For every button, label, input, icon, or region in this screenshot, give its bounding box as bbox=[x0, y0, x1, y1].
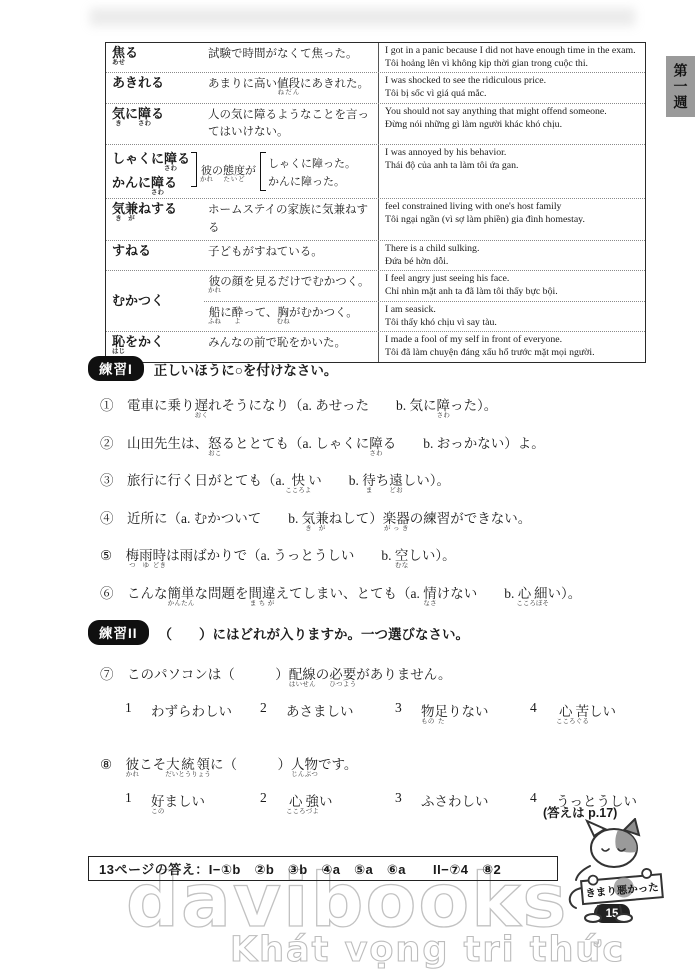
option-number: 1 bbox=[125, 700, 151, 724]
cat-arm-left bbox=[576, 866, 590, 880]
option-label: 心こころ強づよい bbox=[286, 790, 333, 814]
option: 3 物もの足たりない bbox=[395, 700, 530, 724]
option-number: 2 bbox=[260, 700, 286, 724]
option-number: 2 bbox=[260, 790, 286, 814]
option-number: 3 bbox=[395, 790, 421, 814]
vocab-word: 気きに障さわる bbox=[106, 104, 204, 145]
example-subject: 彼かれの態度たいどが bbox=[200, 162, 256, 182]
cat-foot-right bbox=[616, 914, 632, 922]
left-bracket-shape bbox=[260, 152, 266, 191]
table-row: 気き兼がねする ホームステイの家族に気兼ねする feel constrained… bbox=[106, 199, 645, 241]
exercise-item: ⑥ こんな簡単かんたんな問題を間違まちがえてしまい、とても（a. 情なさけない … bbox=[100, 586, 653, 606]
example-pair: しゃくに障った。 かんに障った。 bbox=[268, 155, 356, 189]
translation-en: I made a fool of my self in front of eve… bbox=[385, 334, 639, 347]
translation-en: feel constrained living with one's host … bbox=[385, 201, 639, 214]
option-label: 心こころ苦ぐるしい bbox=[556, 700, 616, 724]
watermark-slogan: Khát vọng tri thức bbox=[230, 930, 625, 970]
option: 2 あさましい bbox=[260, 700, 395, 724]
translation-vi: Tôi bị sốc vì giá quá mắc. bbox=[385, 88, 639, 101]
question-prompt: ⑦ このパソコンは（ ）配線はいせんの必要ひつようがありません。 bbox=[100, 663, 673, 687]
exercise-2-instruction: （ ）にはどれが入りますか。一つ選びなさい。 bbox=[159, 623, 470, 643]
translation-vi: Chỉ nhìn mặt anh ta đã làm tôi thấy bực … bbox=[385, 286, 639, 299]
exercise-item: ③ 旅行に行く日がとても（a. 快こころよい b. 待まち遠どおしい）。 bbox=[100, 473, 653, 493]
double-example-group: 彼かれの顔を見るだけでむかつく。 I feel angry just seein… bbox=[204, 271, 645, 331]
translation-en: I was shocked to see the ridiculous pric… bbox=[385, 75, 639, 88]
example-sentence: あまりに高い値段ねだんにあきれた。 bbox=[204, 73, 378, 102]
vocab-table: 焦あせる 試験で時間がなくて焦った。 I got in a panic beca… bbox=[105, 42, 646, 363]
translation-en: I got in a panic because I did not have … bbox=[385, 45, 639, 58]
option-label: 物もの足たりない bbox=[421, 700, 489, 724]
vocab-word: すねる bbox=[106, 241, 204, 270]
translation-cell: I was annoyed by his behavior. Thái độ c… bbox=[378, 145, 645, 198]
translation-cell: I am seasick. Tôi thấy khó chịu vì say t… bbox=[378, 302, 645, 331]
exercise-item: ⑤ 梅雨つゆ時どきは雨ばかりで（a. うっとうしい b. 空むなしい）。 bbox=[100, 548, 653, 568]
scan-artifact bbox=[90, 8, 635, 26]
textbook-page: 焦あせる 試験で時間がなくて焦った。 I got in a panic beca… bbox=[0, 0, 700, 979]
table-row: 気きに障さわる 人の気に障るようなことを言ってはいけない。 You should… bbox=[106, 104, 645, 146]
translation-vi: Tôi hoảng lên vì không kịp thời gian tro… bbox=[385, 58, 639, 71]
vocab-word: あきれる bbox=[106, 73, 204, 102]
cat-sign-group: きまり悪かった bbox=[581, 868, 663, 904]
translation-vi: Tôi ngại ngần (vì sợ làm phiền) gia đình… bbox=[385, 214, 639, 227]
cat-foot-left bbox=[585, 914, 601, 922]
vocab-word: 焦あせる bbox=[106, 43, 204, 72]
translation-vi: Thái độ của anh ta làm tôi ứa gan. bbox=[385, 160, 639, 173]
vocab-word: むかつく bbox=[106, 271, 204, 331]
exercise-2-badge: 練習II bbox=[88, 620, 149, 645]
example-sentence: 船ふねに酔よって、胸むねがむかつく。 bbox=[204, 302, 378, 331]
option-number: 4 bbox=[530, 700, 556, 724]
translation-cell: I feel angry just seeing his face. Chỉ n… bbox=[378, 271, 645, 300]
option-label: ふさわしい bbox=[421, 790, 489, 814]
exercise-1-instruction: 正しいほうに○を付けなさい。 bbox=[154, 359, 338, 379]
option-label: わずらわしい bbox=[151, 700, 232, 724]
table-row: あきれる あまりに高い値段ねだんにあきれた。 I was shocked to … bbox=[106, 73, 645, 103]
translation-vi: Đứa bé hờn dỗi. bbox=[385, 256, 639, 269]
translation-cell: You should not say anything that might o… bbox=[378, 104, 645, 145]
table-row-bracket: しゃくに障さわる かんに障さわる 彼かれの態度たいどが しゃくに障った。 かんに… bbox=[106, 145, 645, 199]
sub-row: 船ふねに酔よって、胸むねがむかつく。 I am seasick. Tôi thấ… bbox=[204, 301, 645, 331]
previous-answers-bar: 13ページの答え：I−①b ②b ③b ④a ⑤a ⑥a II−⑦4 ⑧2 bbox=[88, 856, 558, 881]
cat-paw-left bbox=[588, 875, 598, 885]
exercise-2-header: 練習II （ ）にはどれが入りますか。一つ選びなさい。 bbox=[88, 620, 673, 645]
table-row: 焦あせる 試験で時間がなくて焦った。 I got in a panic beca… bbox=[106, 43, 645, 73]
vocab-word: しゃくに障さわる bbox=[112, 148, 190, 171]
translation-en: I was annoyed by his behavior. bbox=[385, 147, 639, 160]
translation-cell: I got in a panic because I did not have … bbox=[378, 43, 645, 72]
exercise-1-header: 練習I 正しいほうに○を付けなさい。 bbox=[88, 356, 653, 381]
translation-cell: I was shocked to see the ridiculous pric… bbox=[378, 73, 645, 102]
question-prompt: ⑧ 彼かれこそ大統領だいとうりょうに（ ）人物じんぶつです。 bbox=[100, 753, 673, 777]
translation-vi: Tôi thấy khó chịu vì say tàu. bbox=[385, 317, 639, 330]
example-sentence: ホームステイの家族に気兼ねする bbox=[204, 199, 378, 240]
translation-en: You should not say anything that might o… bbox=[385, 106, 639, 119]
exercise-item: ② 山田先生は、怒おこるととても（a. しゃくに障さわる b. おっかない）よ。 bbox=[100, 436, 653, 456]
option: 4 心こころ苦ぐるしい bbox=[530, 700, 665, 724]
option: 1 好このましい bbox=[125, 790, 260, 814]
exercise-1-items: ① 電車に乗り遅おくれそうになり（a. あせった b. 気に障さわった）。 ② … bbox=[100, 398, 653, 606]
option-number: 1 bbox=[125, 790, 151, 814]
table-row-double: むかつく 彼かれの顔を見るだけでむかつく。 I feel angry just … bbox=[106, 271, 645, 332]
option-number: 3 bbox=[395, 700, 421, 724]
example-sentence: 子どもがすねている。 bbox=[204, 241, 378, 270]
cat-tail bbox=[570, 888, 582, 908]
exercise-1-badge: 練習I bbox=[88, 356, 144, 381]
exercise-item: ① 電車に乗り遅おくれそうになり（a. あせった b. 気に障さわった）。 bbox=[100, 398, 653, 418]
exercise-item: ④ 近所に（a. むかついて b. 気き兼がねして）楽器がっきの練習ができない。 bbox=[100, 511, 653, 531]
translation-en: I feel angry just seeing his face. bbox=[385, 273, 639, 286]
option: 3 ふさわしい bbox=[395, 790, 530, 814]
exercise-1-section: 練習I 正しいほうに○を付けなさい。 ① 電車に乗り遅おくれそうになり（a. あ… bbox=[88, 356, 653, 623]
vocab-word-pair: しゃくに障さわる かんに障さわる bbox=[112, 148, 190, 195]
option-label: 好このましい bbox=[151, 790, 205, 814]
cat-mascot-illustration: きまり悪かった bbox=[560, 818, 678, 923]
bracket-group: しゃくに障さわる かんに障さわる 彼かれの態度たいどが しゃくに障った。 かんに… bbox=[106, 145, 378, 198]
table-row: すねる 子どもがすねている。 There is a child sulking.… bbox=[106, 241, 645, 271]
option: 2 心こころ強づよい bbox=[260, 790, 395, 814]
translation-vi: Đừng nói những gì làm người khác khó chị… bbox=[385, 119, 639, 132]
options-row: 1 わずらわしい 2 あさましい 3 物もの足たりない 4 心こころ苦ぐるしい bbox=[125, 700, 673, 724]
example-sentence: 試験で時間がなくて焦った。 bbox=[204, 43, 378, 72]
vocab-word: 気き兼がねする bbox=[106, 199, 204, 240]
sub-row: 彼かれの顔を見るだけでむかつく。 I feel angry just seein… bbox=[204, 271, 645, 300]
cat-illustration-svg: きまり悪かった bbox=[560, 818, 678, 923]
translation-en: There is a child sulking. bbox=[385, 243, 639, 256]
option-label: あさましい bbox=[286, 700, 354, 724]
exercise-2-section: 練習II （ ）にはどれが入りますか。一つ選びなさい。 ⑦ このパソコンは（ ）… bbox=[88, 620, 673, 814]
translation-cell: There is a child sulking. Đứa bé hờn dỗi… bbox=[378, 241, 645, 270]
example-sentence: かんに障った。 bbox=[268, 173, 356, 189]
week-tab: 第一週 bbox=[666, 56, 695, 117]
translation-cell: feel constrained living with one's host … bbox=[378, 199, 645, 240]
option: 1 わずらわしい bbox=[125, 700, 260, 724]
translation-en: I am seasick. bbox=[385, 304, 639, 317]
right-bracket-shape bbox=[191, 152, 197, 187]
example-sentence: 人の気に障るようなことを言ってはいけない。 bbox=[204, 104, 378, 145]
cat-paw-right bbox=[642, 869, 652, 879]
vocab-word: かんに障さわる bbox=[112, 172, 190, 195]
example-sentence: しゃくに障った。 bbox=[268, 155, 356, 171]
example-sentence: 彼かれの顔を見るだけでむかつく。 bbox=[204, 271, 378, 300]
